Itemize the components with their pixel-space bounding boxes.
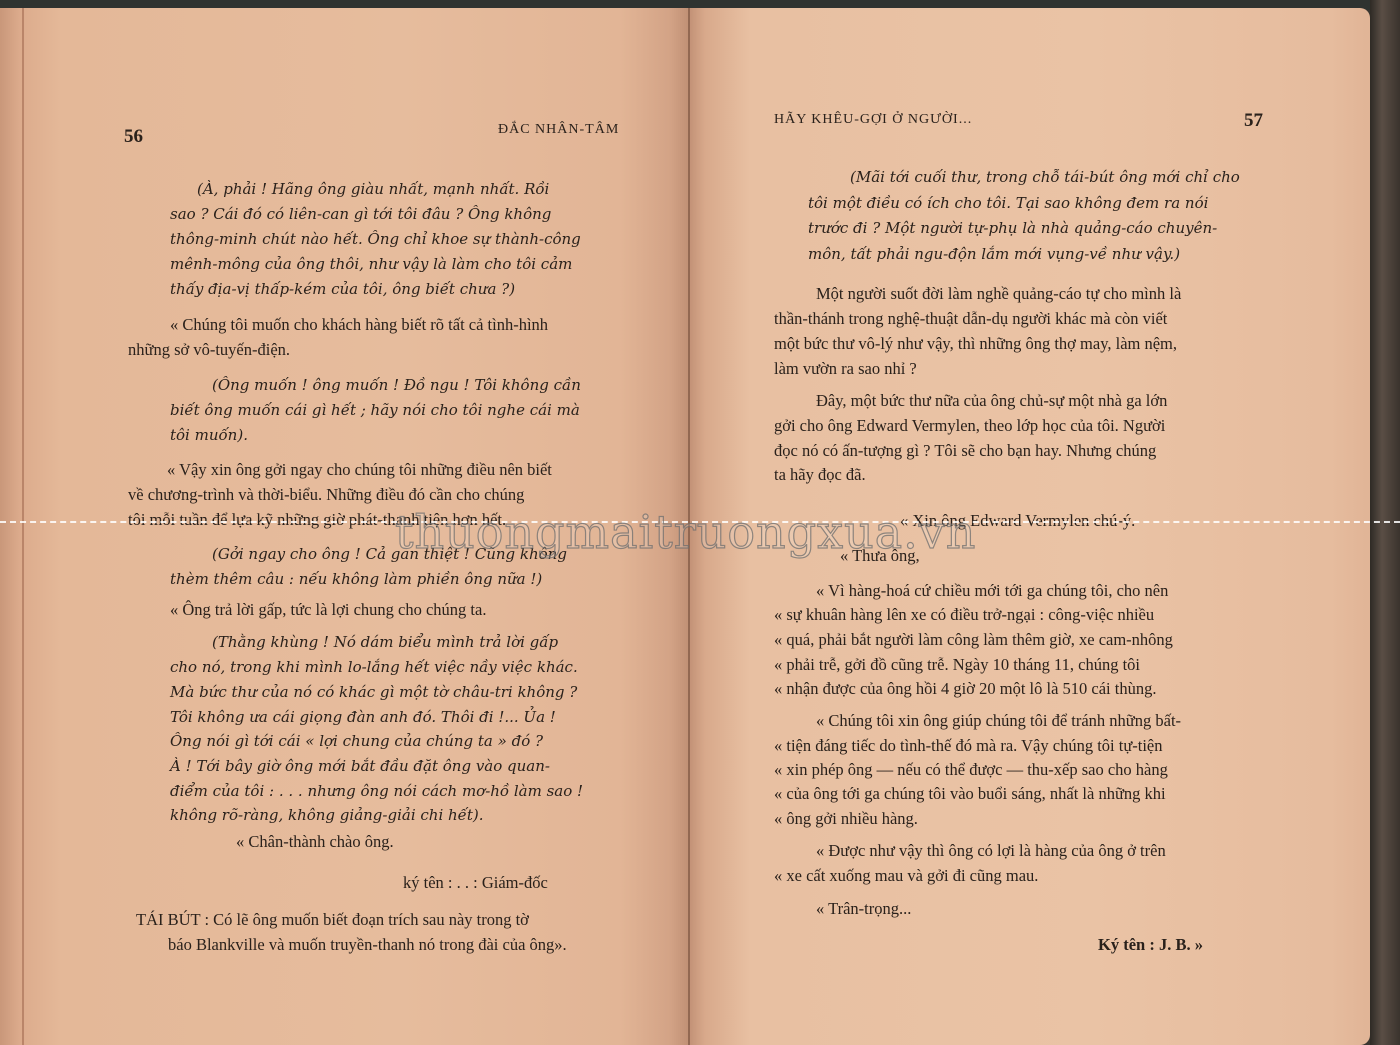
text-line: những sở vô-tuyến-điện. xyxy=(128,339,290,361)
text-line: môn, tất phải ngu-độn lắm mới vụng-về nh… xyxy=(808,243,1180,265)
text-line: « xe cất xuống mau và gởi đi cũng mau. xyxy=(774,865,1038,887)
text-line: « ông gởi nhiều hàng. xyxy=(774,808,918,830)
text-line: Đây, một bức thư nữa của ông chủ-sự một … xyxy=(816,390,1167,412)
text-line: đọc nó có ấn-tượng gì ? Tôi sẽ cho bạn h… xyxy=(774,440,1156,462)
watermark-text: thuongmaitruongxua.vn xyxy=(395,505,976,559)
page-edge-line xyxy=(22,8,24,1045)
text-line: (Ông muốn ! ông muốn ! Đồ ngu ! Tôi khôn… xyxy=(212,374,581,396)
page-number: 57 xyxy=(1244,110,1263,132)
text-line: (Thằng khùng ! Nó dám biểu mình trả lời … xyxy=(212,631,558,653)
text-line: Một người suốt đời làm nghề quảng-cáo tự… xyxy=(816,283,1181,305)
text-line: « sự khuân hàng lên xe có điều trở-ngại … xyxy=(774,604,1154,626)
text-line: thấy địa-vị thấp-kém của tôi, ông biết c… xyxy=(170,278,515,300)
text-line: một bức thư vô-lý như vậy, thì những ông… xyxy=(774,333,1177,355)
text-line: thèm thêm câu : nếu không làm phiền ông … xyxy=(170,568,542,590)
signature-line: ký tên : . . : Giám-đốc xyxy=(403,872,548,894)
text-line: (Mãi tới cuối thư, trong chỗ tái-bút ông… xyxy=(850,166,1240,188)
text-line: « Chân-thành chào ông. xyxy=(236,831,394,853)
postscript-line: báo Blankville và muốn truyền-thanh nó t… xyxy=(168,934,567,956)
running-head: HÃY KHÊU-GỢI Ở NGƯỜI... xyxy=(774,112,972,128)
running-head: ĐẮC NHÂN-TÂM xyxy=(498,122,619,138)
text-line: thông-minh chút nào hết. Ông chỉ khoe sự… xyxy=(170,228,581,250)
text-line: tôi muốn). xyxy=(170,424,248,446)
text-line: « Vậy xin ông gởi ngay cho chúng tôi nhữ… xyxy=(167,459,552,481)
text-line: Ông nói gì tới cái « lợi chung của chúng… xyxy=(170,730,543,752)
text-line: « xin phép ông — nếu có thể được — thu-x… xyxy=(774,759,1168,781)
text-line: « Trân-trọng... xyxy=(816,898,911,920)
text-line: « phải trễ, gởi đồ cũng trễ. Ngày 10 thá… xyxy=(774,654,1140,676)
text-line: gởi cho ông Edward Vermylen, theo lớp họ… xyxy=(774,415,1165,437)
text-line: mênh-mông của ông thôi, như vậy là làm c… xyxy=(170,253,572,275)
text-line: Tôi không ưa cái giọng đàn anh đó. Thôi … xyxy=(170,706,556,728)
text-line: « nhận được của ông hồi 4 giờ 20 một lô … xyxy=(774,678,1156,700)
text-line: À ! Tới bây giờ ông mới bắt đầu đặt ông … xyxy=(170,755,550,777)
text-line: ta hãy đọc đã. xyxy=(774,464,866,486)
text-line: trước đi ? Một người tự-phụ là nhà quảng… xyxy=(808,217,1217,239)
text-line: cho nó, trong khi mình lo-lắng hết việc … xyxy=(170,656,578,678)
text-line: biết ông muốn cái gì hết ; hãy nói cho t… xyxy=(170,399,580,421)
text-line: « Vì hàng-hoá cứ chiều mới tới ga chúng … xyxy=(816,580,1168,602)
text-line: về chương-trình và thời-biểu. Những điều… xyxy=(128,484,524,506)
postscript-line: TÁI BÚT : Có lẽ ông muốn biết đoạn trích… xyxy=(136,909,529,931)
signature-line: Ký tên : J. B. » xyxy=(1098,934,1203,956)
text-line: sao ? Cái đó có liên-can gì tới tôi đâu … xyxy=(170,203,551,225)
text-line: tôi một điều có ích cho tôi. Tại sao khô… xyxy=(808,192,1208,214)
text-line: « quá, phải bắt người làm công làm thêm … xyxy=(774,629,1173,651)
text-line: « Chúng tôi muốn cho khách hàng biết rõ … xyxy=(170,314,548,336)
text-line: không rõ-ràng, không giảng-giải chi hết)… xyxy=(170,804,484,826)
text-line: (À, phải ! Hãng ông giàu nhất, mạnh nhất… xyxy=(197,178,549,200)
text-line: « Được như vậy thì ông có lợi là hàng củ… xyxy=(816,840,1166,862)
text-line: « Chúng tôi xin ông giúp chúng tôi để tr… xyxy=(816,710,1181,732)
text-line: « tiện đáng tiếc do tình-thế đó mà ra. V… xyxy=(774,735,1163,757)
text-line: Mà bức thư của nó có khác gì một tờ châu… xyxy=(170,681,577,703)
text-line: thần-thánh trong nghệ-thuật dẫn-dụ người… xyxy=(774,308,1167,330)
text-line: làm vườn ra sao nhỉ ? xyxy=(774,358,917,380)
text-line: « Ông trả lời gấp, tức là lợi chung cho … xyxy=(170,599,486,621)
page-number: 56 xyxy=(124,126,143,148)
text-line: « của ông tới ga chúng tôi vào buổi sáng… xyxy=(774,783,1166,805)
text-line: điểm của tôi : . . . nhưng ông nói cách … xyxy=(170,780,583,802)
